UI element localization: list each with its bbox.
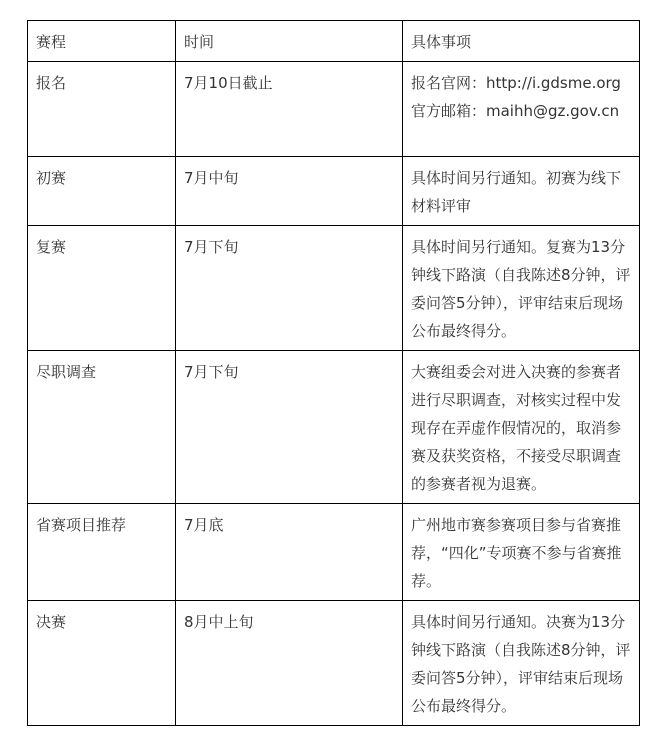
details-cell: 报名官网：http://i.gdsme.org 官方邮箱：maihh@gz.go… [403, 62, 640, 157]
stage-cell: 复赛 [28, 226, 176, 351]
table-row: 初赛 7月中旬 具体时间另行通知。初赛为线下材料评审 [28, 157, 640, 226]
stage-cell: 报名 [28, 62, 176, 157]
time-cell: 8月中上旬 [176, 601, 403, 726]
time-cell: 7月下旬 [176, 226, 403, 351]
table-row: 报名 7月10日截止 报名官网：http://i.gdsme.org 官方邮箱：… [28, 62, 640, 157]
time-cell: 7月10日截止 [176, 62, 403, 157]
table-header-row: 赛程 时间 具体事项 [28, 21, 640, 62]
official-email[interactable]: 官方邮箱：maihh@gz.gov.cn [411, 97, 631, 125]
table-row: 决赛 8月中上旬 具体时间另行通知。决赛为13分钟线下路演（自我陈述8分钟，评委… [28, 601, 640, 726]
details-cell: 大赛组委会对进入决赛的参赛者进行尽职调查，对核实过程中发现存在弄虚作假情况的，取… [403, 351, 640, 504]
time-cell: 7月下旬 [176, 351, 403, 504]
time-cell: 7月中旬 [176, 157, 403, 226]
header-time: 时间 [176, 21, 403, 62]
header-stage: 赛程 [28, 21, 176, 62]
details-cell: 广州地市赛参赛项目参与省赛推荐，“四化”专项赛不参与省赛推荐。 [403, 504, 640, 601]
details-cell: 具体时间另行通知。复赛为13分钟线下路演（自我陈述8分钟，评委问答5分钟），评审… [403, 226, 640, 351]
table-row: 省赛项目推荐 7月底 广州地市赛参赛项目参与省赛推荐，“四化”专项赛不参与省赛推… [28, 504, 640, 601]
stage-cell: 初赛 [28, 157, 176, 226]
competition-schedule-table: 赛程 时间 具体事项 报名 7月10日截止 报名官网：http://i.gdsm… [27, 20, 640, 726]
table-row: 复赛 7月下旬 具体时间另行通知。复赛为13分钟线下路演（自我陈述8分钟，评委问… [28, 226, 640, 351]
header-details: 具体事项 [403, 21, 640, 62]
stage-cell: 尽职调查 [28, 351, 176, 504]
table-row: 尽职调查 7月下旬 大赛组委会对进入决赛的参赛者进行尽职调查，对核实过程中发现存… [28, 351, 640, 504]
details-cell: 具体时间另行通知。初赛为线下材料评审 [403, 157, 640, 226]
stage-cell: 决赛 [28, 601, 176, 726]
time-cell: 7月底 [176, 504, 403, 601]
stage-cell: 省赛项目推荐 [28, 504, 176, 601]
details-cell: 具体时间另行通知。决赛为13分钟线下路演（自我陈述8分钟，评委问答5分钟），评审… [403, 601, 640, 726]
registration-website[interactable]: 报名官网：http://i.gdsme.org [411, 69, 631, 97]
